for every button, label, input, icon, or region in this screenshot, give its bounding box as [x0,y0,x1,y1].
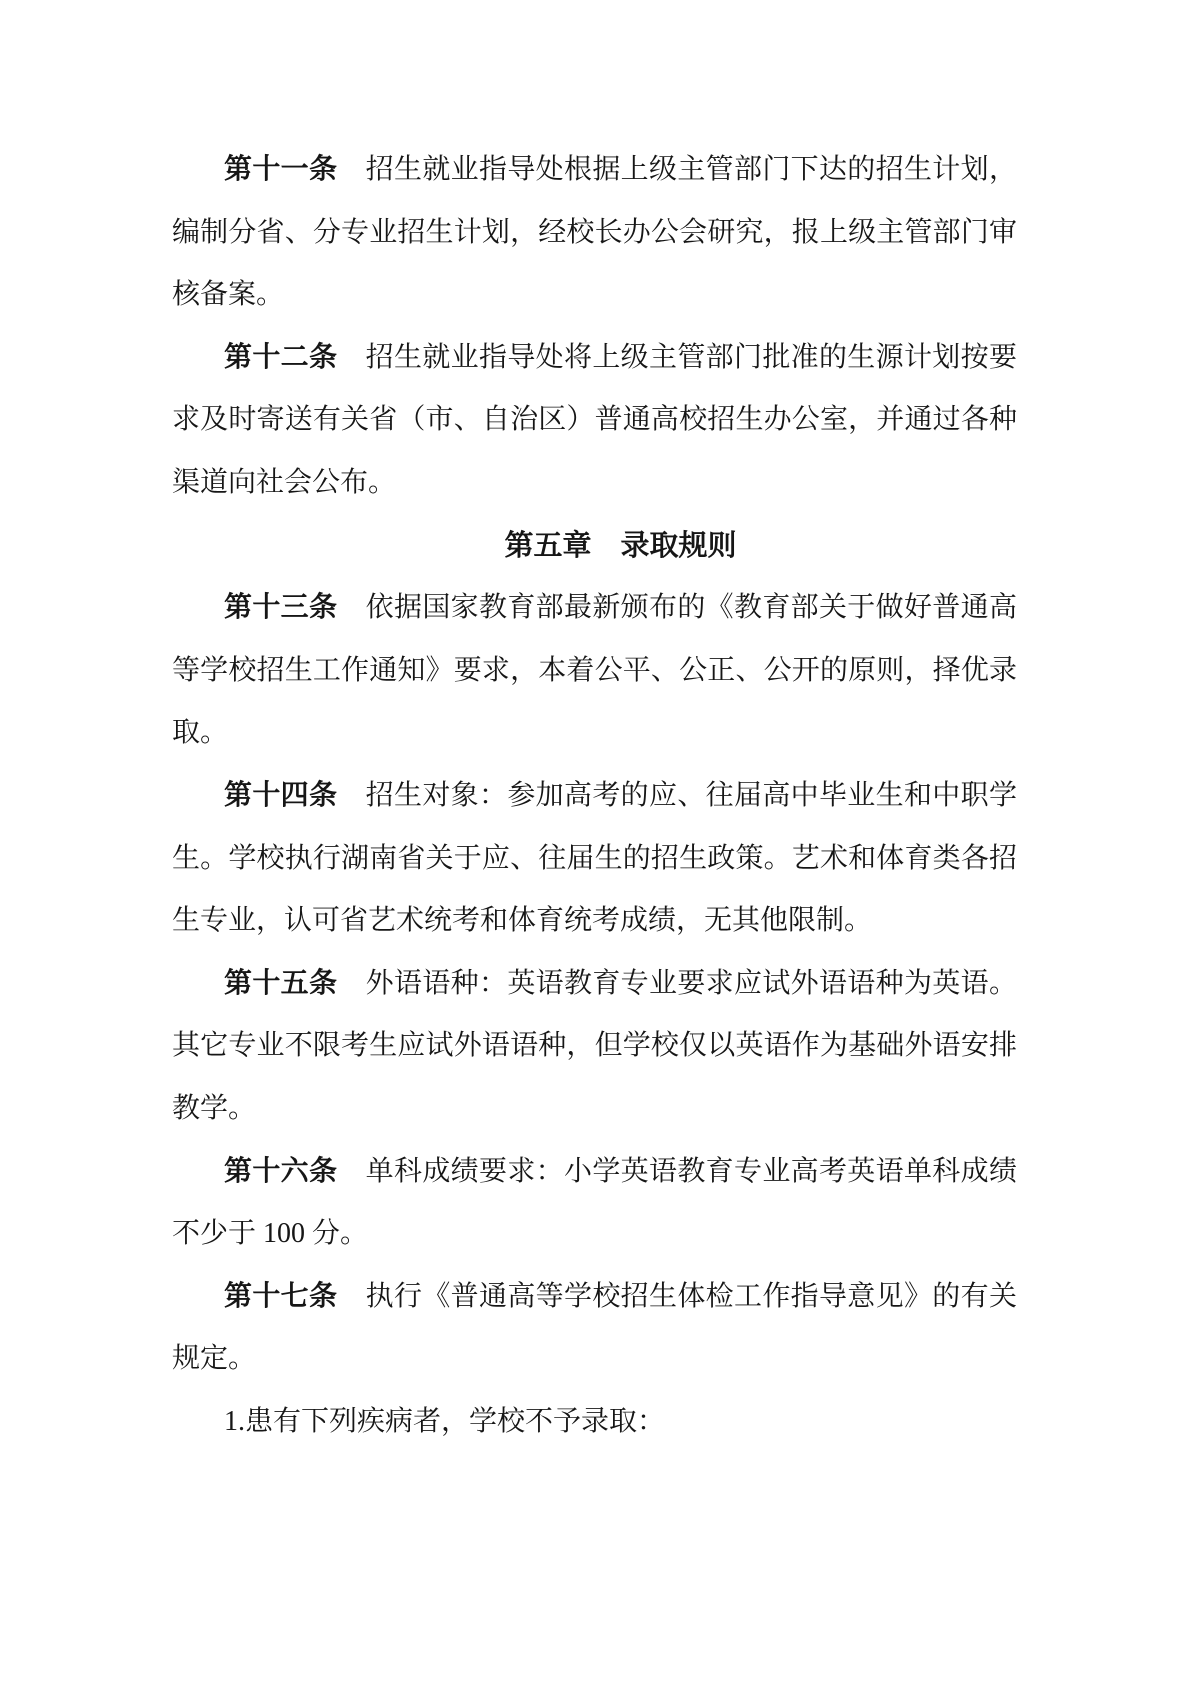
article-number: 第十七条 [224,1281,366,1312]
article-number: 第十五条 [224,968,366,999]
document-page: 第十一条招生就业指导处根据上级主管部门下达的招生计划，编制分省、分专业招生计划，… [0,0,1191,1684]
chapter-heading: 第五章 录取规则 [172,515,1017,578]
paragraph: 第十五条外语语种：英语教育专业要求应试外语语种为英语。其它专业不限考生应试外语语… [172,953,1017,1141]
article-number: 第十六条 [224,1156,366,1187]
document-content: 第十一条招生就业指导处根据上级主管部门下达的招生计划，编制分省、分专业招生计划，… [172,139,1017,1453]
article-number: 第十四条 [224,780,366,811]
paragraph: 第十七条执行《普通高等学校招生体检工作指导意见》的有关规定。 [172,1266,1017,1391]
paragraph-text: 1.患有下列疾病者，学校不予录取： [224,1406,665,1437]
paragraph: 第十六条单科成绩要求：小学英语教育专业高考英语单科成绩不少于 100 分。 [172,1141,1017,1266]
article-number: 第十一条 [224,154,366,185]
article-number: 第十三条 [224,592,366,623]
paragraph: 第十二条招生就业指导处将上级主管部门批准的生源计划按要求及时寄送有关省（市、自治… [172,327,1017,515]
paragraph: 第十四条招生对象：参加高考的应、往届高中毕业生和中职学生。学校执行湖南省关于应、… [172,765,1017,953]
paragraph: 1.患有下列疾病者，学校不予录取： [172,1391,1017,1454]
paragraph: 第十三条依据国家教育部最新颁布的《教育部关于做好普通高等学校招生工作通知》要求，… [172,577,1017,765]
article-number: 第十二条 [224,342,366,373]
paragraph: 第十一条招生就业指导处根据上级主管部门下达的招生计划，编制分省、分专业招生计划，… [172,139,1017,327]
